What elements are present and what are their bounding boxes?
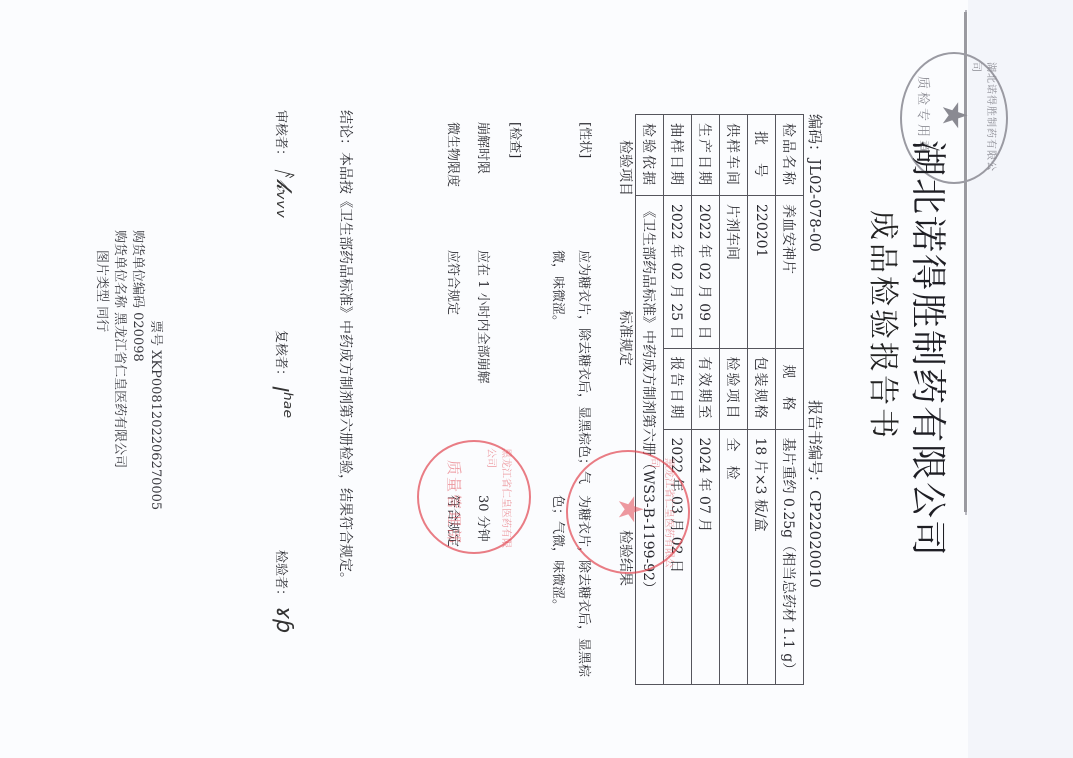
info-value: 全 检 — [720, 429, 748, 685]
info-label: 检验项目 — [720, 348, 748, 429]
info-row: 供样车间片剂车间检验项目全 检 — [720, 115, 748, 685]
info-row: 抽样日期2022 年 02 月 25 日报告日期2022 年 03 月 02 日 — [664, 115, 692, 685]
image-type: 图片类型 同行 — [92, 250, 110, 332]
rechecker: 复核者：ꞁʰᵃᵉ — [271, 330, 296, 419]
reviewer-signature: ᚨ𝓀ᵥᵥᵥ — [271, 166, 296, 219]
seal-ring-text: 湖北诺得胜制药有限公司 — [970, 62, 1000, 182]
info-row: 检品名称养血安神片规 格基片重约 0.25g（相当总药材 1.1 g） — [776, 115, 804, 685]
info-row: 生产日期2022 年 02 月 09 日有效期至2024 年 07 月 — [692, 115, 720, 685]
basis-row: 检验依据 《卫生部药品标准》中药成方制剂第六册（WS3-B-1199-92） — [636, 115, 664, 685]
red-seal-center-text: 质量管理部 — [444, 460, 465, 545]
inspector-label: 检验者： — [273, 550, 288, 602]
section-appearance-title: [性状] — [577, 122, 596, 158]
buyer-name: 购货单位名称 黑龙江省仁皇医药有限公司 — [110, 230, 128, 468]
product-info-table: 检品名称养血安神片规 格基片重约 0.25g（相当总药材 1.1 g）批 号22… — [635, 114, 804, 685]
red-seal-ring-text: 黑龙江省仁皇医药有限公司 — [648, 458, 678, 572]
info-value: 养血安神片 — [776, 196, 804, 349]
column-standard: 标准规定 — [616, 310, 636, 366]
info-value: 18 片×3 板/盒 — [748, 429, 776, 685]
document-code: 编码：JL02-078-00 — [805, 114, 826, 252]
appearance-standard: 应为糖衣片，除去糖衣后，显黑棕色；气微，味微涩。 — [544, 250, 596, 490]
report-title: 成品检验报告书 — [864, 210, 908, 441]
info-label: 抽样日期 — [664, 115, 692, 196]
info-label: 批 号 — [748, 115, 776, 196]
info-value: 2022 年 02 月 09 日 — [692, 196, 720, 349]
rechecker-signature: ꞁʰᵃᵉ — [271, 386, 296, 419]
disintegration-standard: 应在 1 小时内全部崩解 — [475, 250, 494, 384]
inspector-signature: ɤƥ — [271, 606, 296, 633]
microbial-item: 微生物限度 — [445, 122, 464, 187]
microbial-standard: 应符合规定 — [445, 250, 464, 315]
section-check-title: [检查] — [507, 122, 526, 158]
reviewer-label: 审核者： — [273, 110, 288, 162]
info-value: 2022 年 02 月 25 日 — [664, 196, 692, 349]
star-icon: ★ — [610, 494, 650, 524]
reviewer: 审核者：ᚨ𝓀ᵥᵥᵥ — [271, 110, 296, 219]
quality-dept-red-seal: 黑龙江省仁皇医药有限公司 质量管理部 — [417, 440, 531, 554]
column-item: 检验项目 — [616, 140, 636, 196]
info-value: 片剂车间 — [720, 196, 748, 349]
ticket-number: 票号 XKP0081202206270005 — [146, 320, 164, 510]
company-red-seal: ★ 黑龙江省仁皇医药有限公司 — [566, 450, 690, 574]
info-label: 检品名称 — [776, 115, 804, 196]
star-icon: ★ — [934, 100, 974, 130]
disintegration-item: 崩解时限 — [475, 122, 494, 174]
rechecker-label: 复核者： — [273, 330, 288, 382]
inspector: 检验者：ɤƥ — [271, 550, 296, 633]
info-label: 生产日期 — [692, 115, 720, 196]
info-label: 供样车间 — [720, 115, 748, 196]
buyer-code: 购货单位编码 020098 — [128, 230, 146, 362]
info-label: 规 格 — [776, 348, 804, 429]
info-label: 有效期至 — [692, 348, 720, 429]
info-value: 基片重约 0.25g（相当总药材 1.1 g） — [776, 429, 804, 685]
info-label: 包装规格 — [748, 348, 776, 429]
inspection-report-page: ★ 质检专用章 湖北诺得胜制药有限公司 湖北诺得胜制药有限公司 成品检验报告书 … — [46, 70, 986, 710]
company-name: 湖北诺得胜制药有限公司 — [905, 140, 956, 558]
report-number: 报告书编号：CP22020010 — [805, 400, 826, 588]
basis-label: 检验依据 — [636, 115, 664, 196]
basis-value: 《卫生部药品标准》中药成方制剂第六册（WS3-B-1199-92） — [636, 196, 664, 685]
conclusion: 结论：本品按《卫生部药品标准》中药成方制剂第六册检验，结果符合规定。 — [336, 110, 356, 586]
info-value: 220201 — [748, 196, 776, 349]
info-value: 2024 年 07 月 — [692, 429, 720, 685]
info-row: 批 号220201包装规格18 片×3 板/盒 — [748, 115, 776, 685]
red-seal-ring-text-2: 黑龙江省仁皇医药有限公司 — [485, 448, 515, 552]
info-label: 报告日期 — [664, 348, 692, 429]
